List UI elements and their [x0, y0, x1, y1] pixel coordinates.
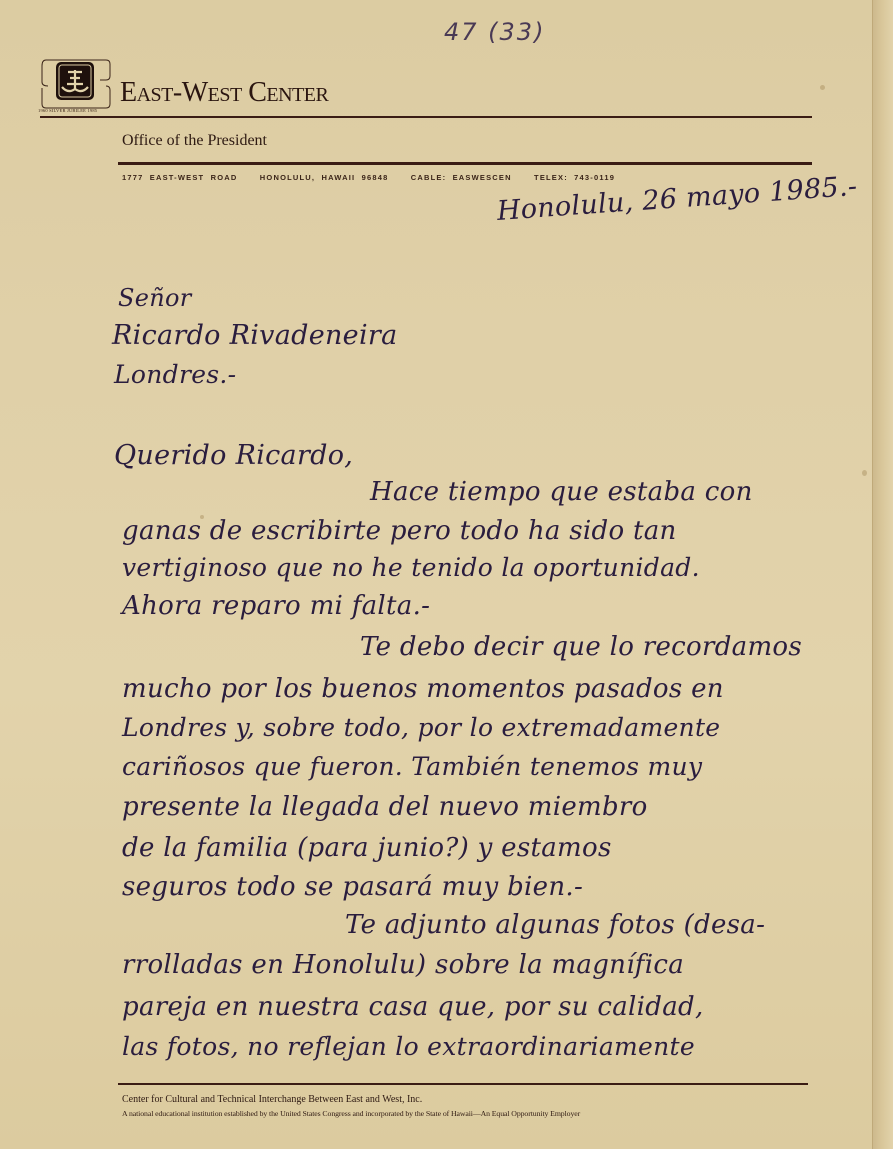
- body-line: Hace tiempo que estaba con: [370, 477, 753, 507]
- header-rule: [40, 116, 812, 118]
- recipient-city: Londres.-: [114, 360, 236, 389]
- body-line: seguros todo se pasará muy bien.-: [122, 872, 583, 902]
- body-line: Te debo decir que lo recordamos: [360, 632, 802, 662]
- office-title: Office of the President: [122, 132, 267, 150]
- body-line: vertiginoso que no he tenido la oportuni…: [122, 553, 700, 582]
- body-line: de la familia (para junio?) y estamos: [122, 833, 612, 863]
- footer-description: A national educational institution estab…: [122, 1109, 580, 1118]
- paper-stain: [862, 470, 867, 476]
- body-line: las fotos, no reflejan lo extraordinaria…: [122, 1032, 695, 1061]
- body-line: cariñosos que fueron. También tenemos mu…: [122, 752, 702, 781]
- body-line: Londres y, sobre todo, por lo extremadam…: [122, 713, 720, 742]
- body-line: mucho por los buenos momentos pasados en: [122, 674, 724, 704]
- letterhead-address: 1777 EAST-WEST ROAD HONOLULU, HAWAII 968…: [122, 173, 631, 182]
- body-line: ganas de escribirte pero todo ha sido ta…: [122, 516, 677, 546]
- footer-rule: [118, 1083, 808, 1085]
- cable-address: CABLE: EASWESCEN: [411, 173, 512, 182]
- silver-jubilee-text: 1960 SILVER JUBILEE 1985: [38, 108, 97, 113]
- body-line: Te adjunto algunas fotos (desa-: [345, 910, 765, 940]
- body-line: presente la llegada del nuevo miembro: [122, 792, 648, 822]
- paper-stain: [820, 85, 825, 90]
- recipient-title: Señor: [118, 284, 192, 312]
- footer-organization: Center for Cultural and Technical Interc…: [122, 1094, 422, 1105]
- body-line: Ahora reparo mi falta.-: [122, 591, 430, 621]
- recipient-name: Ricardo Rivadeneira: [112, 320, 398, 351]
- salutation: Querido Ricardo,: [114, 440, 353, 471]
- body-line: rrolladas en Honolulu) sobre la magnífic…: [122, 950, 684, 980]
- address-rule: [118, 162, 812, 165]
- organization-name: East-West Center: [120, 77, 328, 109]
- paper-edge: [872, 0, 893, 1149]
- body-line: pareja en nuestra casa que, por su calid…: [122, 992, 704, 1022]
- city-address: HONOLULU, HAWAII 96848: [260, 173, 389, 182]
- archive-page-number: 47 (33): [444, 18, 545, 46]
- telex-number: TELEX: 743-0119: [534, 173, 615, 182]
- street-address: 1777 EAST-WEST ROAD: [122, 173, 238, 182]
